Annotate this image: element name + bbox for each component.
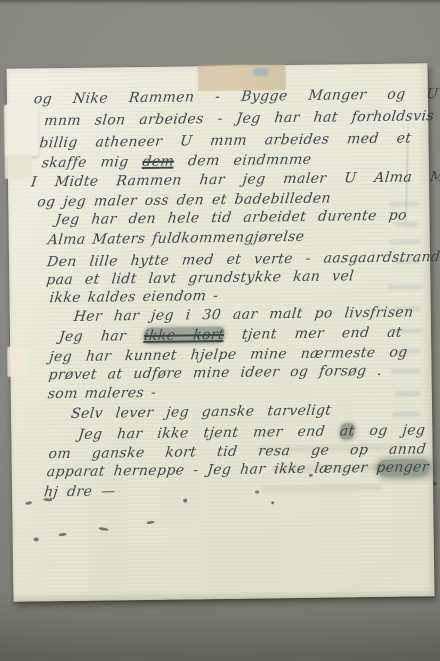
handwriting-line: paa et lidt lavt grundstykke kan vel bbox=[45, 269, 354, 288]
handwriting-text: og Nike Rammen - Bygge Manger og Umnm sl… bbox=[7, 63, 435, 601]
handwriting-line: Selv lever jeg ganske tarveligt bbox=[70, 404, 332, 422]
handwriting-line: skaffe mig dem dem eindmnme bbox=[41, 153, 312, 172]
handwriting-line: Jeg har ikke tjent mer end at og jeg bbox=[77, 423, 426, 443]
handwriting-line: hj dre — bbox=[43, 484, 116, 500]
handwriting-line: Her har jeg i 30 aar malt po livsfrisen bbox=[73, 305, 414, 324]
handwriting-line: apparat herneppe - Jeg har ikke længer p… bbox=[46, 460, 430, 480]
handwriting-line: Jeg har ikke kort tjent mer end at bbox=[58, 326, 403, 346]
photo-backdrop: og Nike Rammen - Bygge Manger og Umnm sl… bbox=[0, 0, 440, 661]
handwriting-line: som maleres - bbox=[47, 386, 157, 402]
handwriting-line: og jeg maler oss den et badebilleden bbox=[36, 192, 331, 211]
smudged-word: penger bbox=[375, 459, 429, 476]
handwriting-line: billig atheneer U mnm arbeides med et bbox=[39, 131, 413, 151]
handwriting-line: Alma Maters fuldkommengjørelse bbox=[47, 230, 305, 248]
handwriting-line: og Nike Rammen - Bygge Manger og U bbox=[33, 87, 439, 107]
struck-word: dem bbox=[142, 154, 175, 170]
struck-word: ikke kort bbox=[143, 327, 225, 344]
handwriting-line: ikke kaldes eiendom - bbox=[49, 289, 219, 306]
letter-page: og Nike Rammen - Bygge Manger og Umnm sl… bbox=[7, 63, 435, 601]
handwriting-line: mnm slon arbeides - Jeg har hat forholds… bbox=[43, 109, 434, 129]
handwriting-line: Jeg har den hele tid arbeidet durente po bbox=[55, 209, 408, 229]
ink-speck bbox=[433, 482, 437, 485]
handwriting-line: prøvet at udføre mine ideer og forsøg . bbox=[48, 364, 383, 383]
handwriting-line: Den lille hytte med et verte - aasgaards… bbox=[46, 250, 440, 270]
handwriting-line: I Midte Rammen har jeg maler U Alma Mate… bbox=[30, 170, 440, 191]
